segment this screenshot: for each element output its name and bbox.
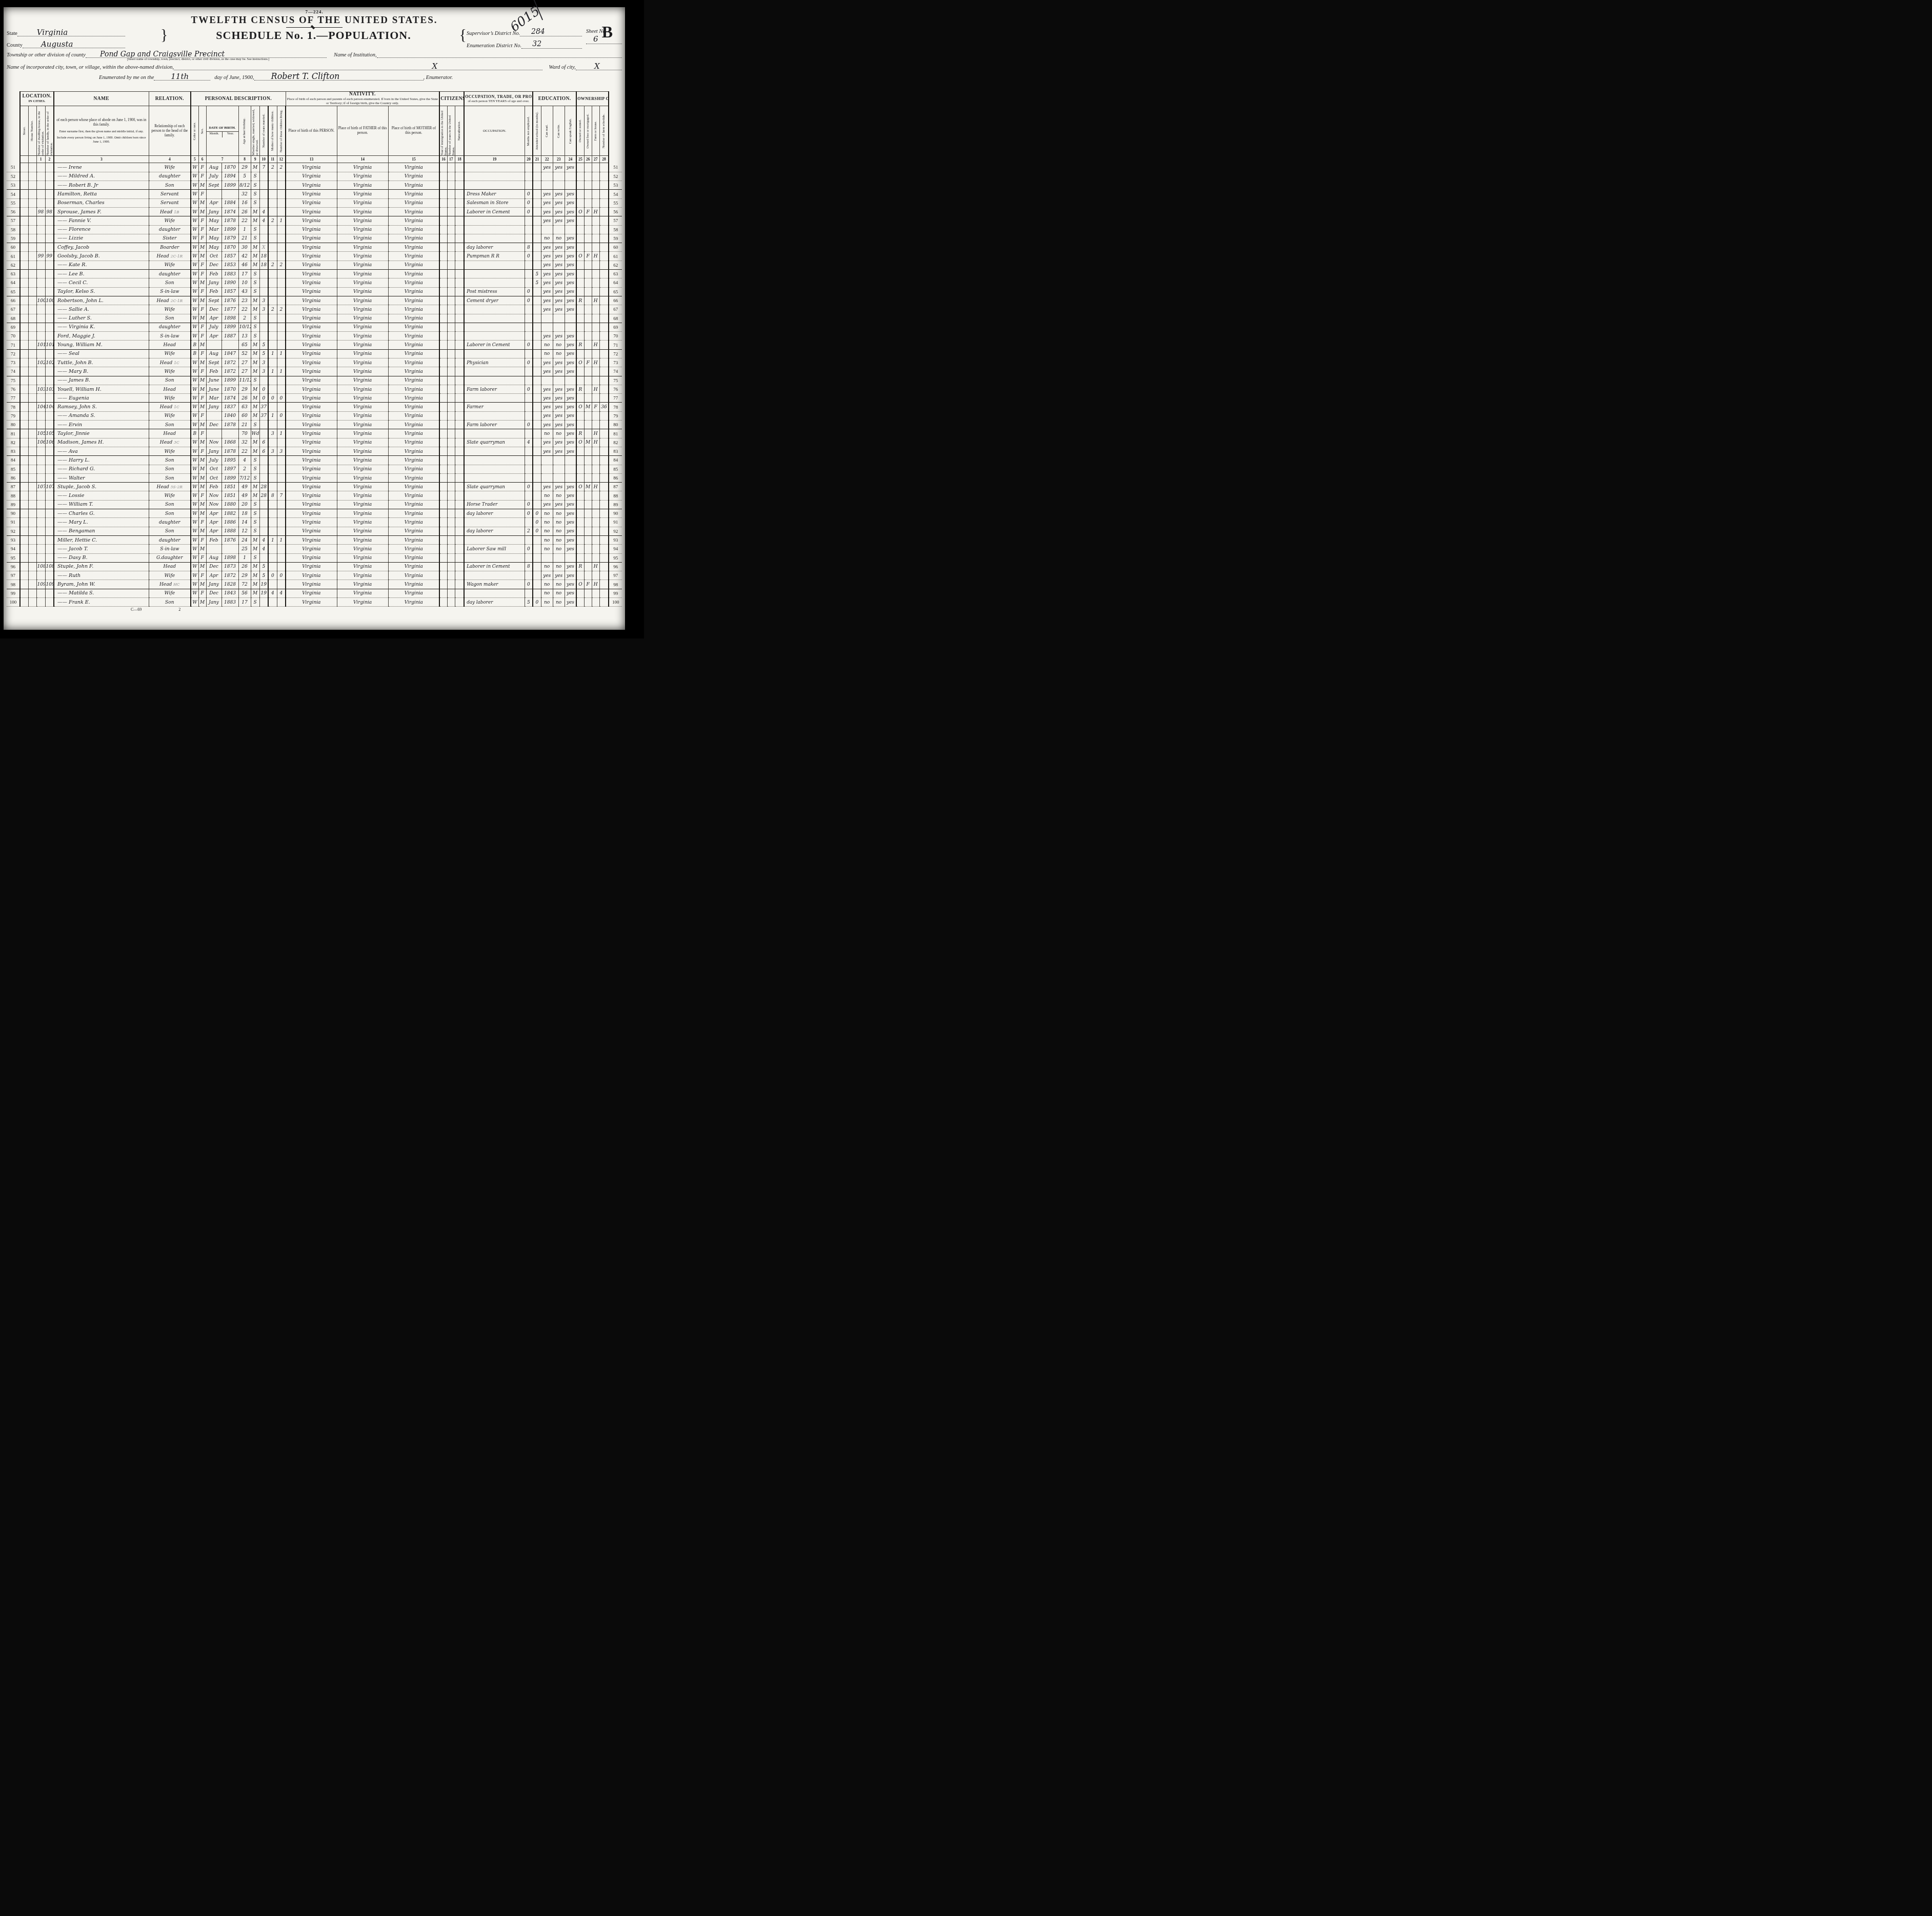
cell-relation: Son	[149, 181, 191, 190]
col-naturalization: Naturalization.	[455, 106, 464, 156]
cell-sex: M	[198, 545, 206, 553]
line-number-right: 82	[609, 438, 622, 447]
line-number-right: 73	[609, 358, 622, 367]
line-number-right: 78	[609, 403, 622, 411]
cell-months-not-employed	[525, 465, 533, 473]
cell-mother-children	[268, 421, 277, 429]
cell-name: Sprouse, James F.	[54, 207, 149, 216]
cell-house-number	[28, 509, 36, 518]
cell-months-not-employed	[525, 376, 533, 385]
cell-pob-father: Virginia	[337, 598, 388, 607]
cell-children-living: 2	[277, 305, 286, 314]
line-number-right: 88	[609, 491, 622, 500]
cell-can-speak-english: yes	[565, 234, 576, 243]
cell-owned-rented: O	[576, 207, 584, 216]
line-number-left: 97	[7, 571, 20, 580]
cell-naturalization	[455, 589, 464, 597]
dwelling-number-header: Number of dwelling-house, in the order o…	[37, 106, 45, 155]
cell-farm-schedule	[599, 571, 609, 580]
cell-street	[20, 447, 28, 455]
cell-family-number	[45, 456, 54, 465]
cell-pob-father: Virginia	[337, 314, 388, 323]
institution-label: Name of Institution,	[334, 52, 377, 58]
cell-immigration-year	[439, 349, 447, 358]
cell-pob-person: Virginia	[286, 438, 337, 447]
cell-naturalization	[455, 553, 464, 562]
months-not-employed-header: Months not employed.	[527, 116, 530, 146]
cell-children-living	[277, 358, 286, 367]
colnum-17: 17	[447, 156, 455, 163]
line-number-left: 87	[7, 483, 20, 491]
cell-owned-free	[584, 261, 592, 269]
cell-sex: M	[198, 473, 206, 482]
cell-occupation	[464, 349, 525, 358]
cell-birth-month: July	[206, 323, 222, 331]
cell-relation: Wife	[149, 216, 191, 225]
cell-pob-person: Virginia	[286, 500, 337, 509]
cell-naturalization	[455, 535, 464, 544]
cell-occupation	[464, 332, 525, 341]
cell-relation: S-in-law	[149, 332, 191, 341]
cell-occupation	[464, 216, 525, 225]
cell-sex: M	[198, 278, 206, 287]
cell-can-speak-english: yes	[565, 447, 576, 455]
cell-age: 17	[238, 270, 251, 278]
cell-can-read	[541, 473, 553, 482]
cell-pob-person: Virginia	[286, 234, 337, 243]
cell-dwelling-number	[36, 190, 45, 198]
cell-marital: M	[251, 394, 259, 403]
line-number-right: 95	[609, 553, 622, 562]
cell-color: W	[191, 172, 198, 181]
cell-years-married	[259, 598, 268, 607]
cell-sex: M	[198, 465, 206, 473]
cell-pob-mother: Virginia	[388, 394, 439, 403]
colnum-street	[20, 156, 28, 163]
cell-can-speak-english: yes	[565, 341, 576, 349]
cell-years-in-us	[447, 473, 455, 482]
cell-months-not-employed	[525, 163, 533, 172]
cell-months-not-employed	[525, 323, 533, 331]
cell-can-write	[553, 456, 565, 465]
cell-immigration-year	[439, 394, 447, 403]
table-row: 72—— SealWifeBFAug184752M511VirginiaVirg…	[7, 349, 622, 358]
cell-pob-father: Virginia	[337, 261, 388, 269]
cell-immigration-year	[439, 580, 447, 589]
street-header: Street.	[23, 127, 26, 135]
table-row: 81105105Taylor, JinnieHeadBF70Wd31Virgin…	[7, 429, 622, 438]
cell-years-married: 28	[259, 483, 268, 491]
cell-birth-month: Nov	[206, 500, 222, 509]
cell-street	[20, 553, 28, 562]
cell-family-number	[45, 527, 54, 535]
cell-immigration-year	[439, 483, 447, 491]
cell-relation: Wife	[149, 394, 191, 403]
cell-birth-month	[206, 190, 222, 198]
cell-owned-free: M	[584, 438, 592, 447]
cell-marital: S	[251, 181, 259, 190]
line-number-right: 92	[609, 527, 622, 535]
cell-color: W	[191, 500, 198, 509]
cell-marital: M	[251, 341, 259, 349]
cell-birth-month: Jany	[206, 278, 222, 287]
family-number-header: Number of family, in the order of visita…	[46, 106, 53, 155]
line-number-right: 89	[609, 500, 622, 509]
cell-mother-children	[268, 473, 277, 482]
cell-attended-school	[533, 358, 541, 367]
cell-age: 10/12	[238, 323, 251, 331]
cell-occupation: Salesman in Store	[464, 198, 525, 207]
cell-dwelling-number	[36, 545, 45, 553]
cell-owned-free: F	[584, 358, 592, 367]
cell-pob-person: Virginia	[286, 562, 337, 571]
line-number-left: 59	[7, 234, 20, 243]
cell-children-living	[277, 421, 286, 429]
cell-sex: F	[198, 234, 206, 243]
cell-birth-month: Mar	[206, 225, 222, 234]
cell-name: —— Florence	[54, 225, 149, 234]
cell-birth-month: Feb	[206, 367, 222, 376]
cell-can-speak-english: yes	[565, 332, 576, 341]
cell-pob-person: Virginia	[286, 207, 337, 216]
cell-attended-school: 0	[533, 598, 541, 607]
cell-birth-year: 1898	[222, 553, 238, 562]
cell-farm-house: H	[592, 358, 599, 367]
supervisor-value: 284	[531, 28, 545, 36]
cell-attended-school	[533, 323, 541, 331]
cell-owned-free	[584, 163, 592, 172]
cell-can-speak-english	[565, 465, 576, 473]
cell-age: 2	[238, 314, 251, 323]
cell-farm-house	[592, 349, 599, 358]
cell-marital: M	[251, 261, 259, 269]
cell-can-read: no	[541, 491, 553, 500]
cell-pob-person: Virginia	[286, 181, 337, 190]
cell-relation: Head	[149, 429, 191, 438]
cell-street	[20, 500, 28, 509]
cell-farm-schedule	[599, 287, 609, 296]
cell-farm-house	[592, 598, 599, 607]
cell-farm-schedule	[599, 527, 609, 535]
cell-family-number	[45, 225, 54, 234]
cell-occupation: Farmer	[464, 403, 525, 411]
cell-birth-year: 1883	[222, 598, 238, 607]
cell-name: Young, William M.	[54, 341, 149, 349]
cell-pob-person: Virginia	[286, 545, 337, 553]
col-can-read: Can read.	[541, 106, 553, 156]
cell-attended-school	[533, 562, 541, 571]
cell-birth-month: Feb	[206, 270, 222, 278]
cell-can-read	[541, 225, 553, 234]
cell-owned-free	[584, 376, 592, 385]
cell-age: 72	[238, 580, 251, 589]
cell-house-number	[28, 270, 36, 278]
cell-pob-father: Virginia	[337, 234, 388, 243]
cell-years-in-us	[447, 598, 455, 607]
cell-farm-schedule	[599, 473, 609, 482]
cell-immigration-year	[439, 367, 447, 376]
cell-mother-children	[268, 527, 277, 535]
cell-farm-schedule	[599, 562, 609, 571]
cell-street	[20, 509, 28, 518]
table-row: 77—— EugeniaWifeWFMar187426M000VirginiaV…	[7, 394, 622, 403]
table-row: 54Hamilton, RettaServantWF32SVirginiaVir…	[7, 190, 622, 198]
cell-family-number	[45, 376, 54, 385]
cell-pob-person: Virginia	[286, 491, 337, 500]
cell-owned-rented: R	[576, 562, 584, 571]
cell-family-number	[45, 394, 54, 403]
cell-pob-mother: Virginia	[388, 225, 439, 234]
cell-pob-person: Virginia	[286, 243, 337, 252]
cell-occupation	[464, 429, 525, 438]
cell-street	[20, 580, 28, 589]
cell-pob-mother: Virginia	[388, 323, 439, 331]
cell-years-in-us	[447, 411, 455, 420]
farm-house-header: Farm or house.	[594, 121, 597, 141]
cell-attended-school	[533, 500, 541, 509]
cell-age: 17	[238, 598, 251, 607]
cell-street	[20, 491, 28, 500]
cell-can-write: yes	[553, 483, 565, 491]
colnum-15: 15	[388, 156, 439, 163]
cell-mother-children	[268, 198, 277, 207]
cell-years-in-us	[447, 172, 455, 181]
cell-can-read: yes	[541, 500, 553, 509]
cell-children-living: 3	[277, 447, 286, 455]
line-number-left: 79	[7, 411, 20, 420]
cell-pob-person: Virginia	[286, 483, 337, 491]
cell-sex: F	[198, 518, 206, 527]
cell-years-in-us	[447, 385, 455, 393]
cell-immigration-year	[439, 598, 447, 607]
cell-can-speak-english: yes	[565, 509, 576, 518]
cell-naturalization	[455, 287, 464, 296]
cell-color: W	[191, 385, 198, 393]
cell-dwelling-number	[36, 394, 45, 403]
cell-pob-person: Virginia	[286, 225, 337, 234]
cell-family-number	[45, 278, 54, 287]
cell-relation: Son	[149, 314, 191, 323]
cell-immigration-year	[439, 305, 447, 314]
line-number-left: 74	[7, 367, 20, 376]
cell-months-not-employed: 0	[525, 287, 533, 296]
cell-birth-year	[222, 545, 238, 553]
cell-dwelling-number	[36, 278, 45, 287]
cell-farm-house	[592, 225, 599, 234]
cell-years-married: 5	[259, 571, 268, 580]
cell-attended-school	[533, 261, 541, 269]
footer-form-code: C—69	[131, 607, 142, 612]
cell-birth-month: Jany	[206, 580, 222, 589]
cell-owned-rented: O	[576, 438, 584, 447]
cell-owned-rented: R	[576, 341, 584, 349]
cell-months-not-employed	[525, 456, 533, 465]
cell-house-number	[28, 287, 36, 296]
cell-mother-children	[268, 207, 277, 216]
cell-occupation: Farm laborer	[464, 385, 525, 393]
col-months-not-employed: Months not employed.	[525, 106, 533, 156]
cell-naturalization	[455, 376, 464, 385]
cell-farm-schedule	[599, 491, 609, 500]
cell-immigration-year	[439, 198, 447, 207]
colnum-12: 12	[277, 156, 286, 163]
cell-can-read: no	[541, 518, 553, 527]
cell-age: 22	[238, 305, 251, 314]
cell-years-in-us	[447, 341, 455, 349]
cell-house-number	[28, 252, 36, 261]
cell-street	[20, 198, 28, 207]
cell-farm-house: H	[592, 438, 599, 447]
cell-months-not-employed: 0	[525, 198, 533, 207]
line-number-right: 74	[609, 367, 622, 376]
cell-naturalization	[455, 341, 464, 349]
cell-house-number	[28, 349, 36, 358]
cell-marital: S	[251, 473, 259, 482]
cell-pob-person: Virginia	[286, 465, 337, 473]
cell-marital: M	[251, 411, 259, 420]
table-row: 67—— Sallie A.WifeWFDec187722M322Virgini…	[7, 305, 622, 314]
col-street: Street.	[20, 106, 28, 156]
cell-color: W	[191, 314, 198, 323]
cell-years-in-us	[447, 287, 455, 296]
cell-children-living	[277, 252, 286, 261]
col-mother-children: Mother of how many children.	[268, 106, 277, 156]
cell-occupation: day laborer	[464, 527, 525, 535]
cell-name: —— Amanda S.	[54, 411, 149, 420]
cell-attended-school	[533, 589, 541, 597]
table-row: 98109109Byram, John W.HeadHCWMJany182872…	[7, 580, 622, 589]
cell-house-number	[28, 545, 36, 553]
cell-farm-house: F	[592, 403, 599, 411]
cell-name: —— Frank E.	[54, 598, 149, 607]
line-number-left: 64	[7, 278, 20, 287]
cell-years-married	[259, 234, 268, 243]
cell-years-in-us	[447, 589, 455, 597]
sheet-side-letter: B	[602, 23, 613, 42]
cell-name: Tuttle, John B.	[54, 358, 149, 367]
cell-street	[20, 207, 28, 216]
cell-marital: M	[251, 216, 259, 225]
cell-attended-school: 0	[533, 527, 541, 535]
cell-house-number	[28, 394, 36, 403]
cell-age: 65	[238, 341, 251, 349]
cell-years-married: 3	[259, 367, 268, 376]
cell-birth-year: 1894	[222, 172, 238, 181]
cell-house-number	[28, 323, 36, 331]
cell-mother-children	[268, 181, 277, 190]
cell-sex: M	[198, 296, 206, 305]
children-living-header: Number of these children living.	[279, 110, 283, 152]
cell-attended-school	[533, 349, 541, 358]
cell-house-number	[28, 225, 36, 234]
color-header: Color or race.	[193, 122, 196, 140]
cell-house-number	[28, 598, 36, 607]
cell-owned-rented	[576, 589, 584, 597]
cell-years-in-us	[447, 198, 455, 207]
cell-family-number	[45, 491, 54, 500]
cell-farm-house	[592, 553, 599, 562]
cell-name: —— Charles G.	[54, 509, 149, 518]
line-number-left: 88	[7, 491, 20, 500]
cell-street	[20, 172, 28, 181]
line-number-left: 62	[7, 261, 20, 269]
cell-owned-rented: O	[576, 403, 584, 411]
table-row: 75—— James B.SonWMJune189911/12SVirginia…	[7, 376, 622, 385]
cell-can-write: no	[553, 429, 565, 438]
cell-owned-free	[584, 518, 592, 527]
line-number-left: 76	[7, 385, 20, 393]
line-number-right: 64	[609, 278, 622, 287]
cell-marital: S	[251, 376, 259, 385]
cell-pob-person: Virginia	[286, 447, 337, 455]
sex-header: Sex.	[200, 128, 204, 134]
cell-farm-house	[592, 216, 599, 225]
cell-birth-year: 1882	[222, 509, 238, 518]
cell-owned-rented	[576, 421, 584, 429]
cell-birth-month: Sept	[206, 358, 222, 367]
cell-occupation: Horse Trader	[464, 500, 525, 509]
cell-mother-children	[268, 403, 277, 411]
cell-birth-year: 1851	[222, 491, 238, 500]
cell-can-speak-english: yes	[565, 358, 576, 367]
cell-pob-mother: Virginia	[388, 305, 439, 314]
colnum-24: 24	[565, 156, 576, 163]
cell-pob-mother: Virginia	[388, 518, 439, 527]
cell-street	[20, 456, 28, 465]
cell-family-number	[45, 163, 54, 172]
cell-can-read: yes	[541, 207, 553, 216]
census-page: 7—224. TWELFTH CENSUS OF THE UNITED STAT…	[4, 7, 625, 630]
cell-farm-house	[592, 500, 599, 509]
cell-owned-rented	[576, 181, 584, 190]
col-pob-person: Place of birth of this PERSON.	[286, 106, 337, 156]
cell-sex: M	[198, 421, 206, 429]
cell-immigration-year	[439, 553, 447, 562]
cell-years-married: X	[259, 243, 268, 252]
cell-attended-school	[533, 287, 541, 296]
colnum-10: 10	[259, 156, 268, 163]
line-number-left: 99	[7, 589, 20, 597]
line-number-left: 98	[7, 580, 20, 589]
table-row: 82106106Madison, James H.Head3CWMNov1868…	[7, 438, 622, 447]
cell-can-read: no	[541, 349, 553, 358]
cell-can-write: yes	[553, 305, 565, 314]
cell-sex: M	[198, 527, 206, 535]
cell-birth-month: July	[206, 456, 222, 465]
cell-naturalization	[455, 527, 464, 535]
cell-birth-year: 1828	[222, 580, 238, 589]
line-number-left: 71	[7, 341, 20, 349]
cell-sex: F	[198, 411, 206, 420]
line-number-right: 69	[609, 323, 622, 331]
cell-color: W	[191, 225, 198, 234]
cell-farm-house	[592, 394, 599, 403]
cell-years-in-us	[447, 438, 455, 447]
cell-birth-month: Dec	[206, 421, 222, 429]
cell-children-living	[277, 545, 286, 553]
cell-house-number	[28, 562, 36, 571]
age-header: Age at last birthday.	[243, 118, 246, 144]
cell-can-read: yes	[541, 278, 553, 287]
cell-can-write	[553, 465, 565, 473]
cell-pob-mother: Virginia	[388, 270, 439, 278]
cell-can-write: yes	[553, 447, 565, 455]
cell-pob-father: Virginia	[337, 473, 388, 482]
cell-age: 2	[238, 465, 251, 473]
cell-street	[20, 261, 28, 269]
group-location: LOCATION.IN CITIES.	[20, 92, 54, 106]
line-number-right: 68	[609, 314, 622, 323]
